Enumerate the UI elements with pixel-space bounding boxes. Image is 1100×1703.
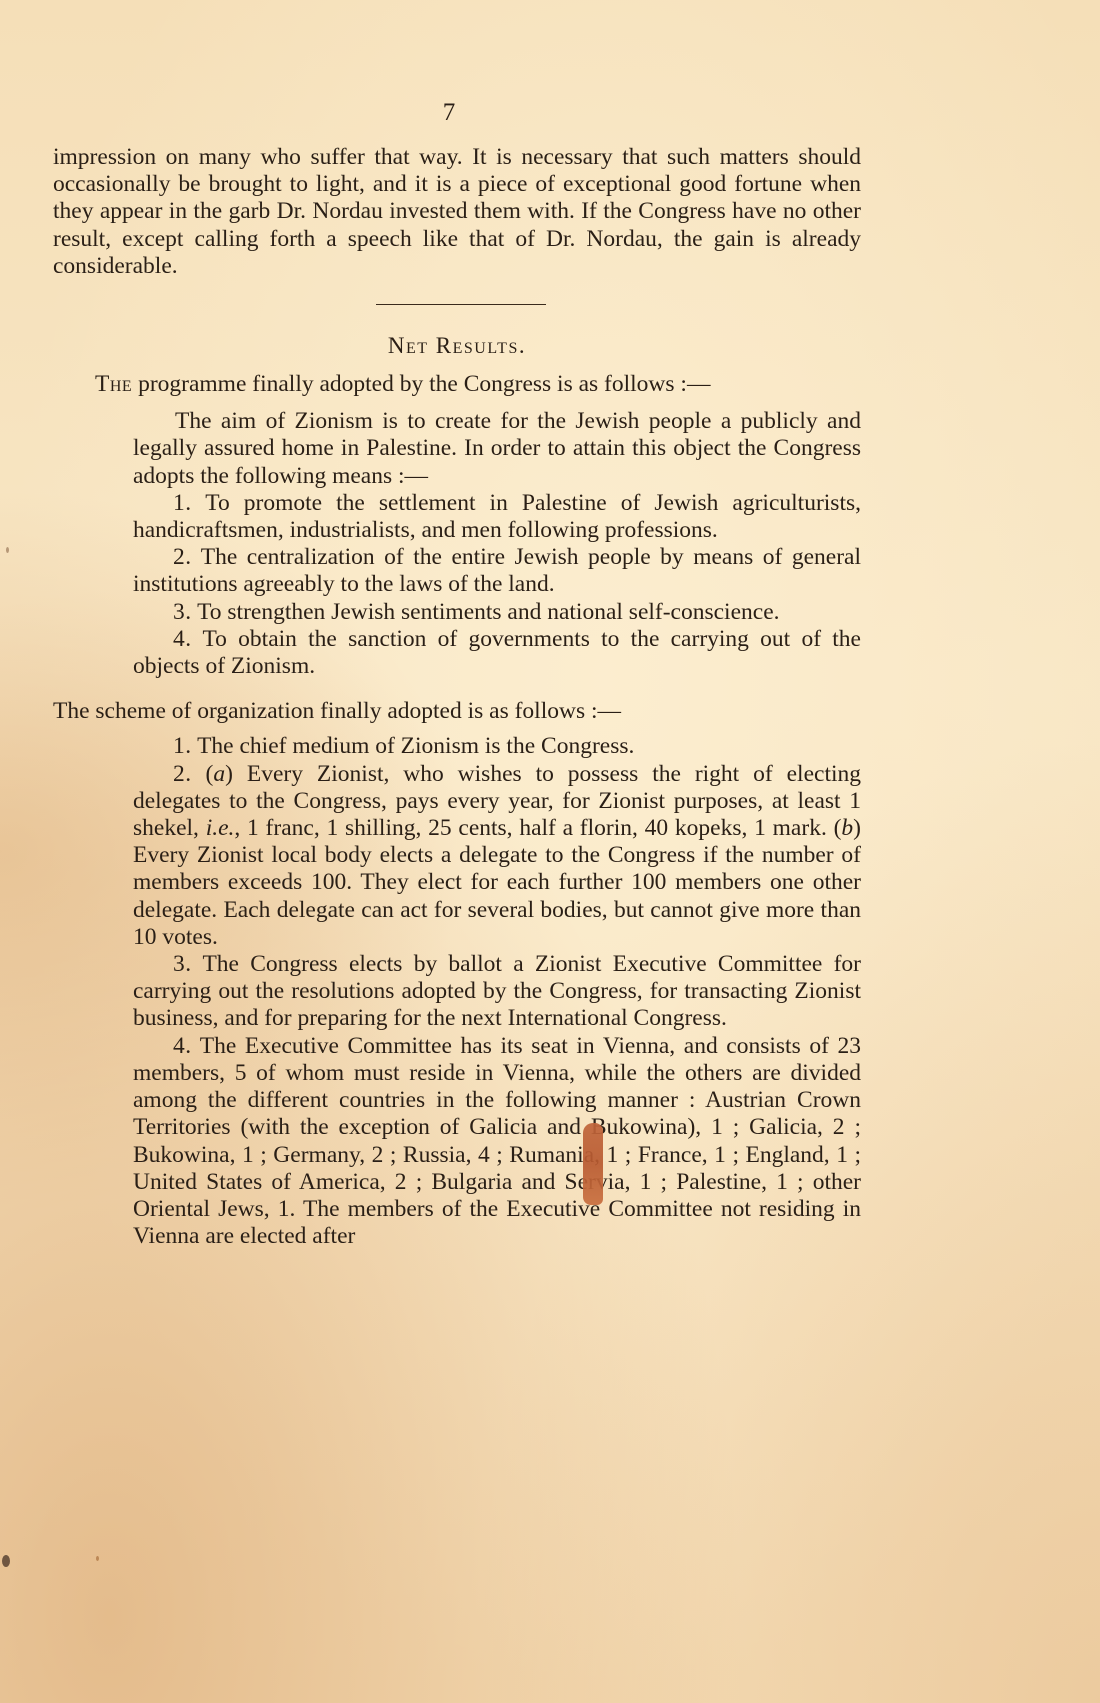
document-page: 7 impression on many who suffer that way…: [53, 98, 861, 1250]
item-text: To obtain the sanction of governments to…: [133, 626, 861, 679]
programme-block: The aim of Zionism is to create for the …: [133, 408, 861, 680]
item-text: To strengthen Jewish sentiments and nati…: [192, 599, 780, 625]
part-a-label: a: [213, 761, 225, 787]
section-divider-rule: [376, 304, 546, 305]
page-number: 7: [45, 98, 853, 128]
ie-abbrev: i.e.: [206, 815, 235, 841]
section-heading: Net Results.: [53, 329, 861, 363]
scheme-item: 4. The Executive Committee has its seat …: [133, 1033, 861, 1251]
foxing-spot: [2, 1555, 10, 1567]
part-a-tail: , 1 franc, 1 shilling, 25 cents, half a …: [234, 815, 833, 841]
item-number: 4.: [173, 626, 192, 652]
item-text: The chief medium of Zionism is the Congr…: [192, 733, 635, 759]
item-number: 2.: [173, 544, 192, 570]
item-number: 3.: [173, 951, 192, 977]
scheme-item: 2. (a) Every Zionist, who wishes to poss…: [133, 761, 861, 951]
scheme-lead-paragraph: The scheme of organization finally adopt…: [53, 698, 861, 725]
item-text: The Congress elects by ballot a Zionist …: [133, 951, 861, 1031]
lead-text: programme finally adopted by the Congres…: [132, 371, 710, 397]
programme-means-item: 1. To promote the settlement in Palestin…: [133, 490, 861, 544]
item-text: To promote the settlement in Palestine o…: [133, 490, 861, 543]
part-b-text: Every Zionist local body elects a delega…: [133, 842, 861, 950]
item-number: 1.: [173, 733, 192, 759]
programme-aim: The aim of Zionism is to create for the …: [133, 408, 861, 490]
item-number: 3.: [173, 599, 192, 625]
programme-means-item: 2. The centralization of the entire Jewi…: [133, 544, 861, 598]
item-number: 1.: [173, 490, 192, 516]
programme-means-item: 4. To obtain the sanction of governments…: [133, 626, 861, 680]
item-number: 4.: [173, 1033, 192, 1059]
foxing-spot: [6, 547, 9, 553]
paper-stain: [583, 1123, 603, 1205]
programme-lead-paragraph: The programme finally adopted by the Con…: [53, 371, 861, 398]
foxing-spot: [96, 1556, 99, 1561]
item-number: 2.: [173, 761, 192, 787]
programme-means-item: 3. To strengthen Jewish sentiments and n…: [133, 599, 861, 626]
scheme-block: 1. The chief medium of Zionism is the Co…: [133, 733, 861, 1250]
item-text: The Executive Committee has its seat in …: [133, 1033, 861, 1249]
lead-word: The: [95, 371, 132, 397]
scheme-item: 3. The Congress elects by ballot a Zioni…: [133, 951, 861, 1033]
scheme-item: 1. The chief medium of Zionism is the Co…: [133, 733, 861, 760]
intro-paragraph: impression on many who suffer that way. …: [53, 144, 861, 280]
item-text: The centralization of the entire Jewish …: [133, 544, 861, 597]
part-b-label: b: [841, 815, 853, 841]
